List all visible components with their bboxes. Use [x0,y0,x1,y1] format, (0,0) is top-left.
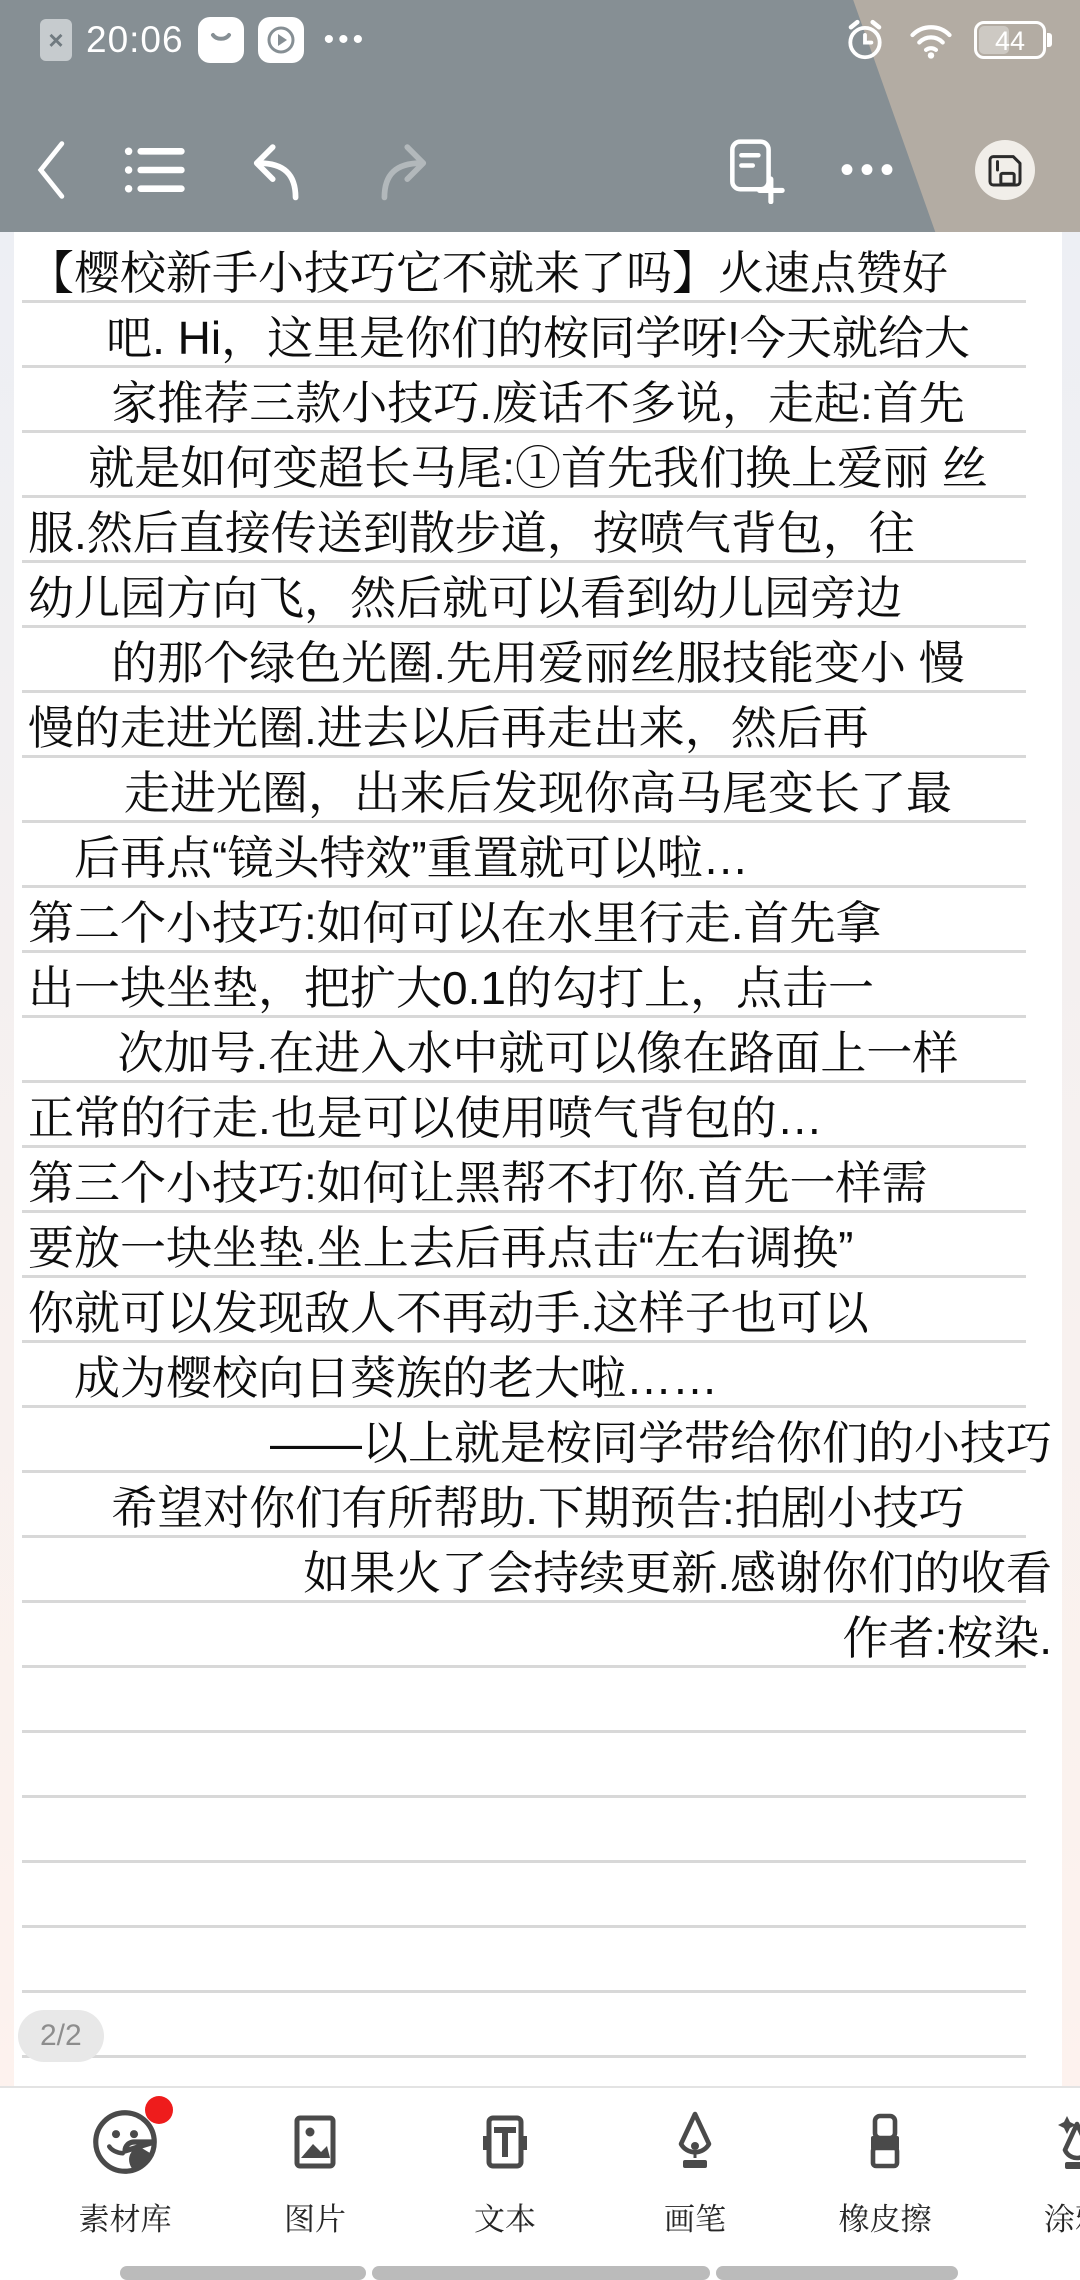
note-text-line: 出一块坐垫，把扩大0.1的勾打上，点击一 [14,953,1062,1018]
outline-list-button[interactable] [100,141,210,199]
video-notification-icon [258,17,304,63]
battery-icon: 44 [974,21,1046,59]
eraser-icon [847,2104,923,2180]
bottom-toolbar: 素材库 图片 [0,2088,1080,2280]
note-toolbar: ••• [0,108,1080,232]
note-text-line: 家推荐三款小技巧.废话不多说，走起:首先 [14,368,1062,433]
note-empty-line [14,1733,1062,1798]
note-text-line: 要放一块坐垫.坐上去后再点击“左右调换” [14,1213,1062,1278]
note-text-line: 你就可以发现敌人不再动手.这样子也可以 [14,1278,1062,1343]
panel-handle-bar [120,2266,366,2280]
undo-button[interactable] [210,138,340,202]
note-text-line: 成为樱校向日葵族的老大啦…… [14,1343,1062,1408]
sticker-library-icon [87,2104,163,2180]
page-indicator: 2/2 [18,2010,104,2062]
text-icon [467,2104,543,2180]
note-text-line: 幼儿园方向飞，然后就可以看到幼儿园旁边 [14,563,1062,628]
header: × 20:06 ••• [0,0,1080,232]
tool-image[interactable]: 图片 [220,2104,410,2239]
panel-handle-bar [716,2266,958,2280]
note-text-line: 的那个绿色光圈.先用爱丽丝服技能变小 慢 [14,628,1062,693]
new-content-badge [145,2096,173,2124]
tool-label: 素材库 [79,2194,172,2239]
note-empty-line [14,1863,1062,1928]
alarm-icon [842,17,888,63]
back-button[interactable] [0,137,100,203]
battery-percent: 44 [977,26,1043,57]
note-text-line: 如果火了会持续更新.感谢你们的收看 [14,1538,1062,1603]
note-text-line: 第三个小技巧:如何让黑帮不打你.首先一样需 [14,1148,1062,1213]
tool-doodle[interactable]: 涂鸦 [980,2104,1080,2239]
note-text-line: 希望对你们有所帮助.下期预告:拍剧小技巧 [14,1473,1062,1538]
note-text-line: 次加号.在进入水中就可以像在路面上一样 [14,1018,1062,1083]
panel-handle-bar [372,2266,710,2280]
tool-label: 橡皮擦 [839,2194,932,2239]
tool-pen[interactable]: 画笔 [600,2104,790,2239]
note-text-line: 慢的走进光圈.进去以后再走出来，然后再 [14,693,1062,758]
tool-label: 涂鸦 [1044,2194,1080,2239]
tool-label: 图片 [284,2194,346,2239]
more-notifications-dots: ••• [324,23,368,57]
tool-label: 画笔 [664,2194,726,2239]
status-time: 20:06 [86,19,184,61]
note-text-line: 就是如何变超长马尾:①首先我们换上爱丽 丝 [14,433,1062,498]
add-page-button[interactable] [700,136,810,204]
status-bar: × 20:06 ••• [0,10,1080,70]
note-sheet[interactable]: 【樱校新手小技巧它不就来了吗】火速点赞好吧. Hi，这里是你们的桉同学呀!今天就… [14,232,1062,2086]
note-text-line: 【樱校新手小技巧它不就来了吗】火速点赞好 [14,238,1062,303]
note-empty-line [14,1993,1062,2058]
note-text-line: ——以上就是桉同学带给你们的小技巧 [14,1408,1062,1473]
pen-icon [657,2104,733,2180]
app-notification-icon [198,17,244,63]
note-page: 【樱校新手小技巧它不就来了吗】火速点赞好吧. Hi，这里是你们的桉同学呀!今天就… [0,232,1080,2088]
note-text-line: 吧. Hi，这里是你们的桉同学呀!今天就给大 [14,303,1062,368]
note-text-line: 服.然后直接传送到散步道，按喷气背包，往 [14,498,1062,563]
note-text-line: 正常的行走.也是可以使用喷气背包的… [14,1083,1062,1148]
save-button[interactable] [930,140,1080,200]
note-empty-line [14,1798,1062,1863]
tool-label: 文本 [474,2194,536,2239]
tool-eraser[interactable]: 橡皮擦 [790,2104,980,2239]
tool-material-library[interactable]: 素材库 [30,2104,220,2239]
note-empty-line [14,1928,1062,1993]
note-empty-line [14,1668,1062,1733]
image-icon [277,2104,353,2180]
note-text-line: 第二个小技巧:如何可以在水里行走.首先拿 [14,888,1062,953]
no-sim-icon: × [40,19,72,61]
redo-button[interactable] [340,138,470,202]
tool-text[interactable]: 文本 [410,2104,600,2239]
wifi-icon [906,19,956,61]
notes-app-screen: × 20:06 ••• [0,0,1080,2280]
save-icon [975,140,1035,200]
note-text-line: 走进光圈，出来后发现你高马尾变长了最 [14,758,1062,823]
note-text-line: 后再点“镜头特效”重置就可以啦… [14,823,1062,888]
doodle-icon [1037,2104,1080,2180]
note-text-line: 作者:桉染. [14,1603,1062,1668]
